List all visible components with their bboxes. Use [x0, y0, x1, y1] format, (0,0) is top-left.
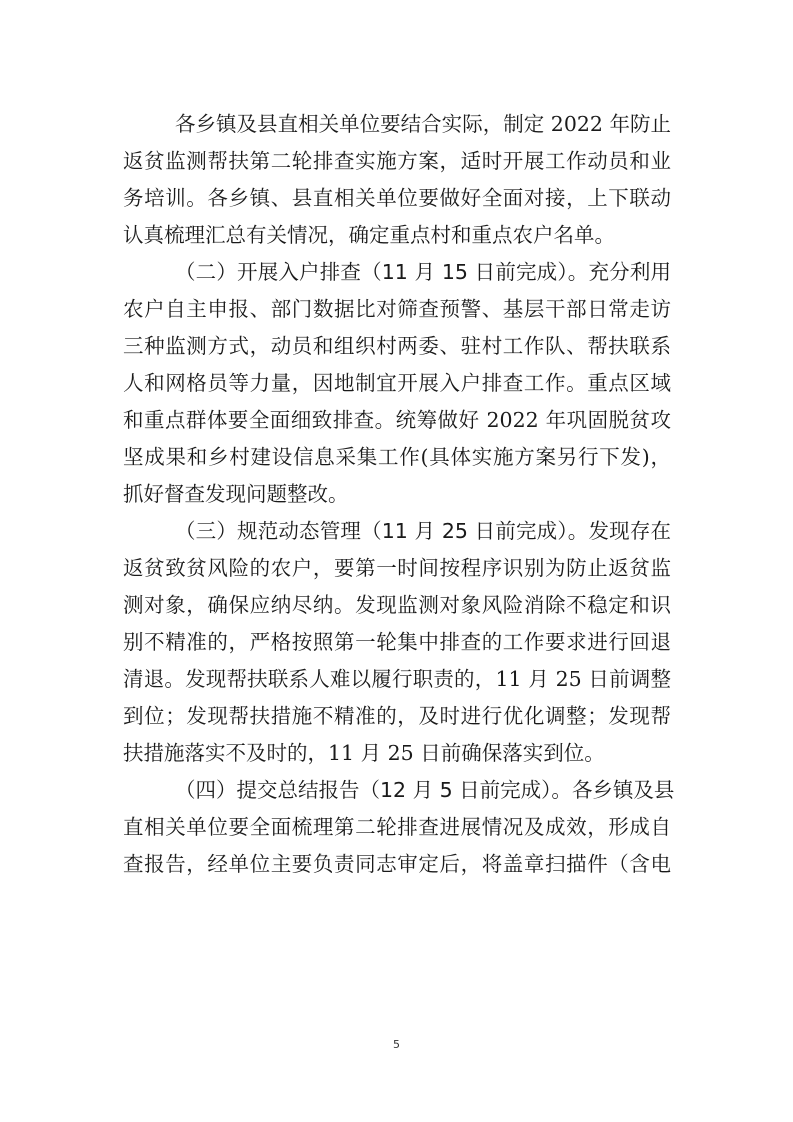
section-heading-2: （二）开展入户排查（11 月 15 日前完成）。: [175, 260, 588, 284]
paragraph-3-lead-text: 发现存在: [588, 519, 671, 543]
paragraph-4-line-2: 直相关单位要全面梳理第二轮排查进展情况及成效，形成自: [123, 809, 671, 846]
paragraph-4-line-3: 查报告，经单位主要负责同志审定后，将盖章扫描件（含电: [123, 846, 671, 883]
paragraph-4-line-1: （四）提交总结报告（12 月 5 日前完成）。各乡镇及县: [123, 772, 671, 809]
paragraph-2-line-7: 抓好督查发现问题整改。: [123, 476, 671, 513]
document-page: 各乡镇及县直相关单位要结合实际，制定 2022 年防止 返贫监测帮扶第二轮排查实…: [0, 0, 793, 1122]
paragraph-1-line-4: 认真梳理汇总有关情况，确定重点村和重点农户名单。: [123, 217, 671, 254]
paragraph-2-line-2: 农户自主申报、部门数据比对筛查预警、基层干部日常走访: [123, 291, 671, 328]
paragraph-4-lead-text: 各乡镇及县: [572, 778, 675, 802]
document-body: 各乡镇及县直相关单位要结合实际，制定 2022 年防止 返贫监测帮扶第二轮排查实…: [123, 106, 671, 883]
paragraph-2-lead-text: 充分利用: [588, 260, 671, 284]
paragraph-3-line-3: 测对象，确保应纳尽纳。发现监测对象风险消除不稳定和识: [123, 587, 671, 624]
paragraph-3-line-7: 扶措施落实不及时的，11 月 25 日前确保落实到位。: [123, 735, 671, 772]
section-heading-3: （三）规范动态管理（11 月 25 日前完成）。: [175, 519, 588, 543]
paragraph-2-line-5: 和重点群体要全面细致排查。统筹做好 2022 年巩固脱贫攻: [123, 402, 671, 439]
paragraph-2-line-4: 人和网格员等力量，因地制宜开展入户排查工作。重点区域: [123, 365, 671, 402]
paragraph-3-line-2: 返贫致贫风险的农户，要第一时间按程序识别为防止返贫监: [123, 550, 671, 587]
paragraph-3-line-4: 别不精准的，严格按照第一轮集中排查的工作要求进行回退: [123, 624, 671, 661]
paragraph-1-line-1: 各乡镇及县直相关单位要结合实际，制定 2022 年防止: [123, 106, 671, 143]
paragraph-3-line-5: 清退。发现帮扶联系人难以履行职责的，11 月 25 日前调整: [123, 661, 671, 698]
paragraph-2-line-6: 坚成果和乡村建设信息采集工作(具体实施方案另行下发)，: [123, 439, 671, 476]
paragraph-2-line-1: （二）开展入户排查（11 月 15 日前完成）。充分利用: [123, 254, 671, 291]
section-heading-4: （四）提交总结报告（12 月 5 日前完成）。: [175, 778, 572, 802]
paragraph-3-line-1: （三）规范动态管理（11 月 25 日前完成）。发现存在: [123, 513, 671, 550]
paragraph-2-line-3: 三种监测方式，动员和组织村两委、驻村工作队、帮扶联系: [123, 328, 671, 365]
paragraph-1-line-2: 返贫监测帮扶第二轮排查实施方案，适时开展工作动员和业: [123, 143, 671, 180]
page-number: 5: [0, 1038, 793, 1051]
paragraph-3-line-6: 到位；发现帮扶措施不精准的，及时进行优化调整；发现帮: [123, 698, 671, 735]
paragraph-1-line-3: 务培训。各乡镇、县直相关单位要做好全面对接，上下联动: [123, 180, 671, 217]
